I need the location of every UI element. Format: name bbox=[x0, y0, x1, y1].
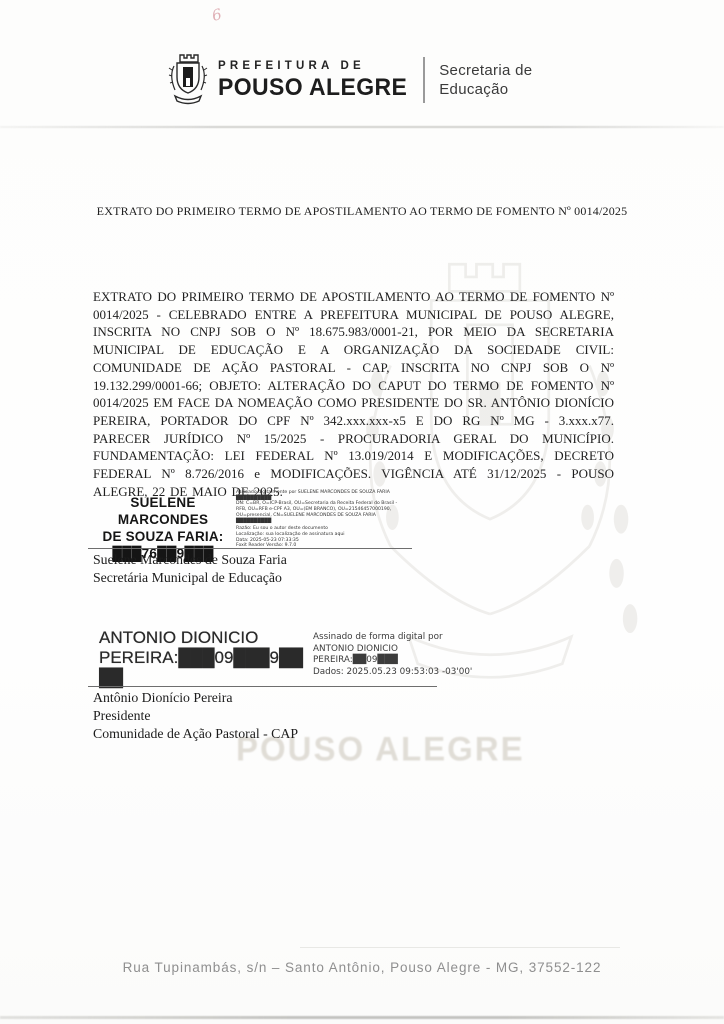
document-title: EXTRATO DO PRIMEIRO TERMO DE APOSTILAMEN… bbox=[60, 204, 664, 219]
letterhead: PREFEITURA DE POUSO ALEGRE Secretaria de… bbox=[166, 52, 532, 108]
certificate-line: Assinado digitalmente por SUELENE MARCON… bbox=[236, 490, 414, 496]
footer-address: Rua Tupinambás, s/n – Santo Antônio, Pou… bbox=[0, 960, 724, 975]
certificate-line: ██████████ bbox=[236, 519, 414, 525]
signature-line: PEREIRA:███09███9██ bbox=[99, 648, 319, 668]
signatory-role: Secretária Municipal de Educação bbox=[93, 569, 287, 587]
signatory-block-antonio: Antônio Dionício Pereira Presidente Comu… bbox=[93, 689, 298, 743]
certificate-line: RFB, OU=RFB e-CPF A3, OU=(EM BRANCO), OU… bbox=[236, 507, 414, 513]
certificate-details-suelene: Assinado digitalmente por SUELENE MARCON… bbox=[236, 490, 414, 549]
org-name-main: POUSO ALEGRE bbox=[218, 73, 407, 101]
signatory-role: Presidente bbox=[93, 707, 298, 725]
signatory-name: Suelene Marcondes de Souza Faria bbox=[93, 551, 287, 569]
signatory-name: Antônio Dionício Pereira bbox=[93, 689, 298, 707]
header-divider bbox=[423, 57, 425, 103]
city-crest-icon bbox=[166, 52, 210, 108]
document-body-paragraph: EXTRATO DO PRIMEIRO TERMO DE APOSTILAMEN… bbox=[93, 288, 614, 500]
certificate-line: PEREIRA:██09███ bbox=[313, 655, 473, 667]
department-line1: Secretaria de bbox=[439, 61, 532, 80]
certificate-line: ANTONIO DIONICIO bbox=[313, 644, 473, 656]
certificate-details-antonio: Assinado de forma digital porANTONIO DIO… bbox=[313, 632, 473, 678]
document-page: 6 POUSO ALEGRE PREFEITUR bbox=[0, 0, 724, 1024]
signatory-org: Comunidade de Ação Pastoral - CAP bbox=[93, 725, 298, 743]
signature-redacted-id: ██ bbox=[99, 668, 319, 688]
signature-line: ANTONIO DIONICIO bbox=[99, 628, 319, 648]
org-name: PREFEITURA DE POUSO ALEGRE bbox=[218, 60, 407, 100]
digital-signature-text-antonio: ANTONIO DIONICIO PEREIRA:███09███9██ ██ bbox=[99, 628, 319, 688]
handwritten-mark: 6 bbox=[210, 5, 224, 25]
scan-shadow-line-bottom bbox=[0, 1016, 724, 1019]
scan-shadow-line-prefooter bbox=[300, 947, 620, 948]
certificate-line: Dados: 2025.05.23 09:53:03 -03'00' bbox=[313, 667, 473, 679]
department-line2: Educação bbox=[439, 80, 532, 99]
scan-shadow-line-top bbox=[0, 126, 724, 128]
certificate-line: Assinado de forma digital por bbox=[313, 632, 473, 644]
signatory-block-suelene: Suelene Marcondes de Souza Faria Secretá… bbox=[93, 551, 287, 587]
signature-rule bbox=[88, 548, 412, 549]
signature-line: SUELENE MARCONDES bbox=[88, 494, 238, 528]
org-name-top: PREFEITURA DE bbox=[218, 60, 407, 72]
department-name: Secretaria de Educação bbox=[439, 61, 532, 99]
signature-line: DE SOUZA FARIA: bbox=[88, 528, 238, 545]
signature-rule bbox=[88, 686, 437, 687]
